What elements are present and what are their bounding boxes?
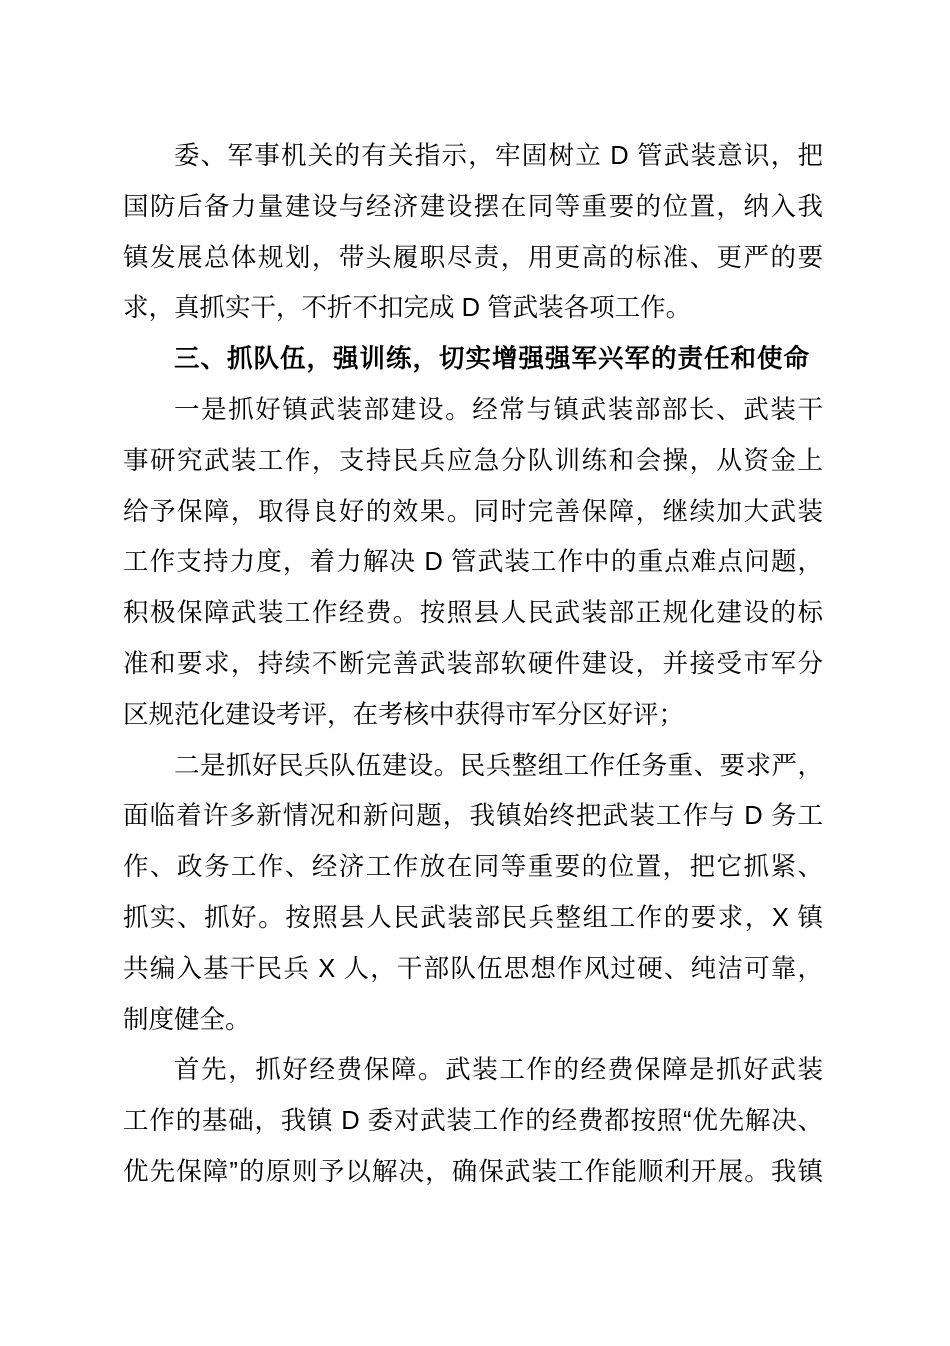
- text-line: 首先，抓好经费保障。武装工作的经费保障是抓好武装: [123, 1045, 823, 1096]
- text-line: 给予保障，取得良好的效果。同时完善保障，继续加大武装: [123, 487, 823, 538]
- paragraph: 首先，抓好经费保障。武装工作的经费保障是抓好武装工作的基础，我镇 D 委对武装工…: [123, 1045, 823, 1197]
- paragraph: 二是抓好民兵队伍建设。民兵整组工作任务重、要求严，面临着许多新情况和新问题，我镇…: [123, 741, 823, 1046]
- text-line: 镇发展总体规划，带头履职尽责，用更高的标准、更严的要: [123, 233, 823, 284]
- text-line: 求，真抓实干，不折不扣完成 D 管武装各项工作。: [123, 283, 823, 334]
- text-line: 抓实、抓好。按照县人民武装部民兵整组工作的要求，X 镇: [123, 893, 823, 944]
- text-line: 工作的基础，我镇 D 委对武装工作的经费都按照“优先解决、: [123, 1096, 823, 1147]
- text-line: 二是抓好民兵队伍建设。民兵整组工作任务重、要求严，: [123, 741, 823, 792]
- text-line: 国防后备力量建设与经济建设摆在同等重要的位置，纳入我: [123, 182, 823, 233]
- text-line: 优先保障”的原则予以解决，确保武装工作能顺利开展。我镇: [123, 1147, 823, 1198]
- document-page: 委、军事机关的有关指示，牢固树立 D 管武装意识，把国防后备力量建设与经济建设摆…: [0, 0, 950, 1346]
- paragraph: 委、军事机关的有关指示，牢固树立 D 管武装意识，把国防后备力量建设与经济建设摆…: [123, 131, 823, 334]
- paragraph: 一是抓好镇武装部建设。经常与镇武装部部长、武装干事研究武装工作，支持民兵应急分队…: [123, 385, 823, 741]
- text-line: 区规范化建设考评，在考核中获得市军分区好评；: [123, 690, 823, 741]
- text-line: 作、政务工作、经济工作放在同等重要的位置，把它抓紧、: [123, 842, 823, 893]
- text-line: 三、抓队伍，强训练，切实增强强军兴军的责任和使命: [123, 334, 823, 385]
- text-line: 一是抓好镇武装部建设。经常与镇武装部部长、武装干: [123, 385, 823, 436]
- section-heading: 三、抓队伍，强训练，切实增强强军兴军的责任和使命: [123, 334, 823, 385]
- text-line: 面临着许多新情况和新问题，我镇始终把武装工作与 D 务工: [123, 791, 823, 842]
- text-line: 准和要求，持续不断完善武装部软硬件建设，并接受市军分: [123, 639, 823, 690]
- document-text: 委、军事机关的有关指示，牢固树立 D 管武装意识，把国防后备力量建设与经济建设摆…: [123, 131, 823, 1198]
- text-line: 工作支持力度，着力解决 D 管武装工作中的重点难点问题，: [123, 537, 823, 588]
- text-line: 共编入基干民兵 X 人，干部队伍思想作风过硬、纯洁可靠，: [123, 944, 823, 995]
- text-line: 事研究武装工作，支持民兵应急分队训练和会操，从资金上: [123, 436, 823, 487]
- text-line: 积极保障武装工作经费。按照县人民武装部正规化建设的标: [123, 588, 823, 639]
- text-line: 制度健全。: [123, 995, 823, 1046]
- text-line: 委、军事机关的有关指示，牢固树立 D 管武装意识，把: [123, 131, 823, 182]
